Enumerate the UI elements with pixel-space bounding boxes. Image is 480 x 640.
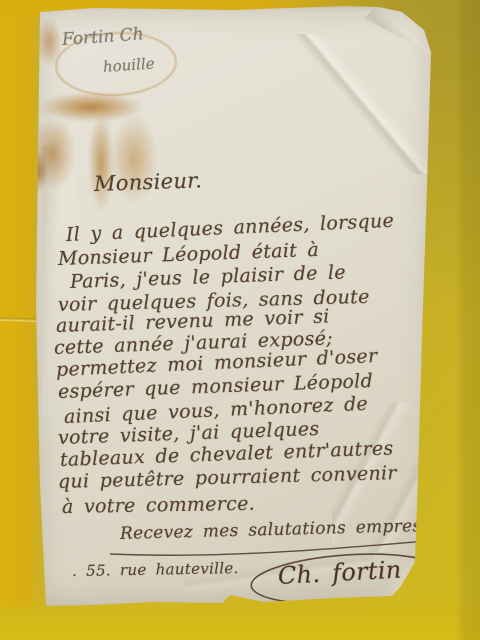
photo-of-letter: Fortin Ch houille Monsieur. Il y a quelq…	[0, 0, 480, 640]
letter-address: . 55. rue hauteville.	[72, 559, 239, 580]
pencil-annotation-word: houille	[102, 54, 155, 76]
letter-salutation: Monsieur.	[94, 168, 203, 196]
mat-right-band	[456, 0, 480, 640]
letter-paper: Fortin Ch houille Monsieur. Il y a quelq…	[34, 6, 436, 608]
stamp-blot	[36, 18, 62, 66]
letter-line: à votre commerce.	[62, 493, 255, 518]
paper-crease	[284, 34, 439, 174]
